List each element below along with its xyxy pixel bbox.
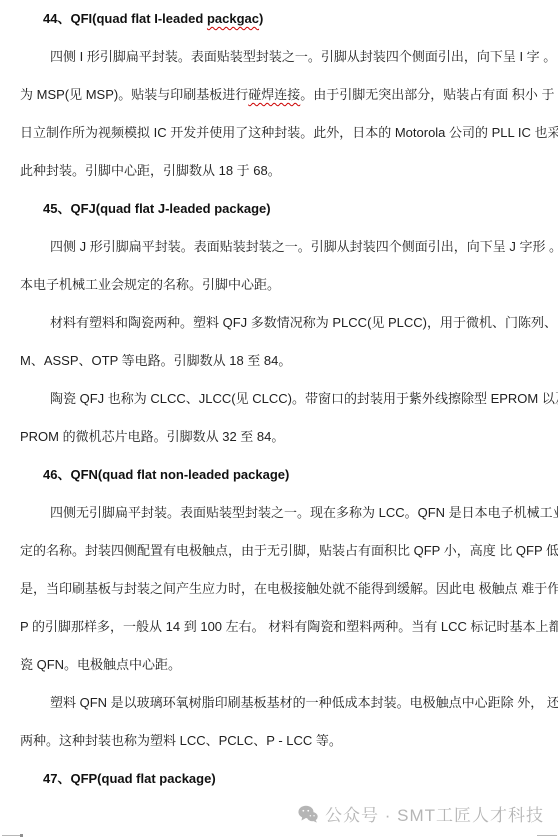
paragraph-44-line-2: 为 MSP(见 MSP)。贴装与印刷基板进行碰焊连接。由于引脚无突出部分，贴装占… xyxy=(20,76,540,114)
paragraph-44-line-1: 四侧 I 形引脚扁平封装。表面贴装型封装之一。引脚从封装四个侧面引出，向下呈 I… xyxy=(20,38,540,76)
watermark: 公众号 · SMT工匠人才科技 xyxy=(298,801,544,826)
flagged-phrase: 碰焊连接 xyxy=(248,87,300,102)
paragraph-46a-line-2: 定的名称。封装四侧配置有电极触点，由于无引脚，贴装占有面积比 QFP 小，高度 … xyxy=(20,532,540,570)
bottom-left-rule xyxy=(2,835,22,836)
paragraph-45b-line-2: M、ASSP、OTP 等电路。引脚数从 18 至 84。 xyxy=(20,342,540,380)
heading-46: 46、QFN(quad flat non-leaded package) xyxy=(20,456,540,494)
wechat-icon xyxy=(298,805,318,823)
paragraph-45c-line-1: 陶瓷 QFJ 也称为 CLCC、JLCC(见 CLCC)。带窗口的封装用于紫外线… xyxy=(20,380,540,418)
misspelled-word-packgac: packgac xyxy=(207,11,259,26)
paragraph-45a-line-1: 四侧 J 形引脚扁平封装。表面贴装封装之一。引脚从封装四个侧面引出，向下呈 J … xyxy=(20,228,540,266)
line-2-post: 。由于引脚无突出部分，贴装占有面 积小 于 QFP。 xyxy=(300,87,558,102)
heading-45: 45、QFJ(quad flat J-leaded package) xyxy=(20,190,540,228)
document-body: 44、QFI(quad flat I-leaded packgac) 四侧 I … xyxy=(0,0,558,798)
line-2-pre: 为 MSP(见 MSP)。贴装与印刷基板进行 xyxy=(20,87,248,102)
paragraph-46b-line-2: 两种。这种封装也称为塑料 LCC、PCLC、P - LCC 等。 xyxy=(20,722,540,760)
heading-44: 44、QFI(quad flat I-leaded packgac) xyxy=(20,0,540,38)
paragraph-46a-line-5: 瓷 QFN。电极触点中心距。 xyxy=(20,646,540,684)
document-page: 44、QFI(quad flat I-leaded packgac) 四侧 I … xyxy=(0,0,558,838)
paragraph-45a-line-2: 本电子机械工业会规定的名称。引脚中心距。 xyxy=(20,266,540,304)
heading-44-pre: 44、QFI(quad flat I-leaded xyxy=(43,11,207,26)
bottom-right-rule xyxy=(537,835,557,836)
heading-44-post: ) xyxy=(259,11,263,26)
watermark-text: 公众号 · SMT工匠人才科技 xyxy=(325,801,544,826)
paragraph-46b-line-1: 塑料 QFN 是以玻璃环氧树脂印刷基板基材的一种低成本封装。电极触点中心距除 外… xyxy=(20,684,540,722)
paragraph-44-line-4: 此种封装。引脚中心距，引脚数从 18 于 68。 xyxy=(20,152,540,190)
paragraph-45b-line-1: 材料有塑料和陶瓷两种。塑料 QFJ 多数情况称为 PLCC(见 PLCC)，用于… xyxy=(20,304,540,342)
paragraph-45c-line-2: PROM 的微机芯片电路。引脚数从 32 至 84。 xyxy=(20,418,540,456)
heading-47: 47、QFP(quad flat package) xyxy=(20,760,540,798)
paragraph-44-line-3: 日立制作所为视频模拟 IC 开发并使用了这种封装。此外，日本的 Motorola… xyxy=(20,114,540,152)
paragraph-46a-line-1: 四侧无引脚扁平封装。表面贴装型封装之一。现在多称为 LCC。QFN 是日本电子机… xyxy=(20,494,540,532)
paragraph-46a-line-3: 是，当印刷基板与封装之间产生应力时，在电极接触处就不能得到缓解。因此电 极触点 … xyxy=(20,570,540,608)
paragraph-46a-line-4: P 的引脚那样多，一般从 14 到 100 左右。 材料有陶瓷和塑料两种。当有 … xyxy=(20,608,540,646)
